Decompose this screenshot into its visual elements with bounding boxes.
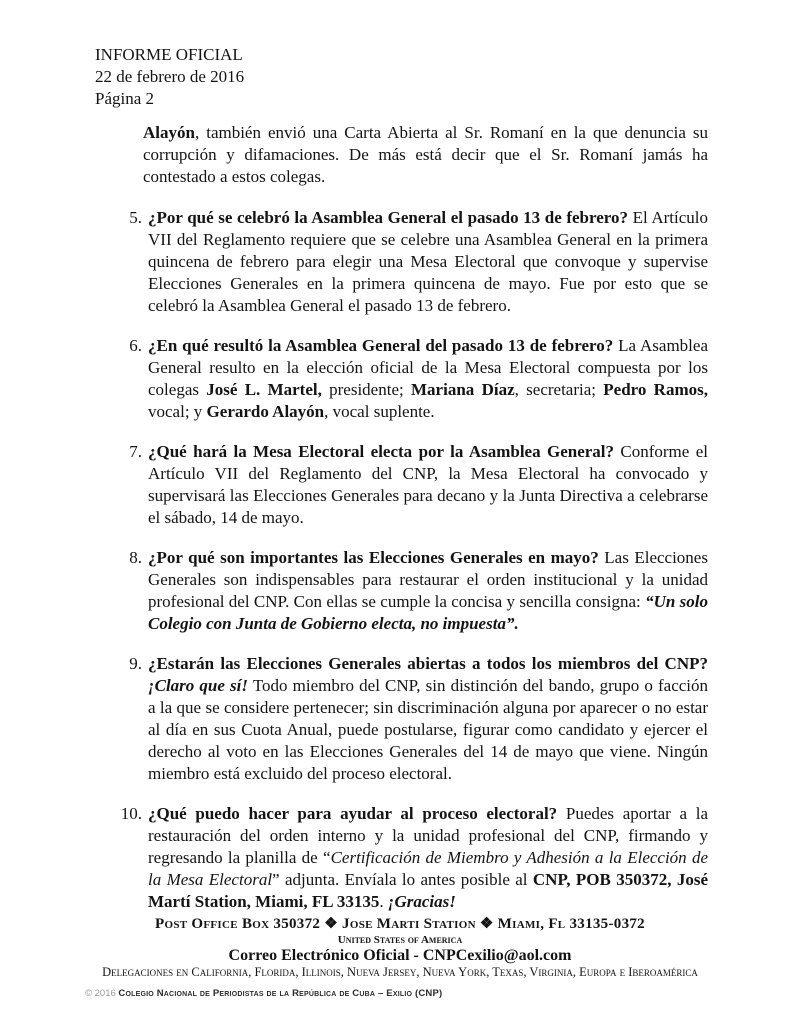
item-text: ¿Por qué son importantes las Elecciones …	[148, 547, 708, 635]
item-text: ¿Por qué se celebró la Asamblea General …	[148, 207, 708, 317]
copyright-organization: Colegio Nacional de Periodistas de la Re…	[118, 988, 442, 999]
item-number: 7.	[95, 441, 142, 463]
item-text: ¿Estarán las Elecciones Generales abiert…	[148, 653, 708, 785]
footer-delegations: Delegaciones en California, Florida, Ill…	[0, 965, 800, 980]
footer-country: United States of America	[0, 934, 800, 947]
copyright-year: © 2016	[85, 988, 116, 999]
footer-address: Post Office Box 350372 ❖ Jose Marti Stat…	[0, 915, 800, 934]
footer-official-email: Correo Electrónico Oficial - CNPCexilio@…	[0, 947, 800, 965]
item-number: 8.	[95, 547, 142, 569]
document-footer: Post Office Box 350372 ❖ Jose Marti Stat…	[0, 915, 800, 999]
list-item-8: 8. ¿Por qué son importantes las Eleccion…	[95, 547, 708, 635]
item-text: ¿Qué hará la Mesa Electoral electa por l…	[148, 441, 708, 529]
page-number: Página 2	[95, 88, 708, 110]
item-number: 6.	[95, 335, 142, 357]
footer-copyright: © 2016 Colegio Nacional de Periodistas d…	[85, 988, 800, 999]
list-item-7: 7. ¿Qué hará la Mesa Electoral electa po…	[95, 441, 708, 529]
list-item-9: 9. ¿Estarán las Elecciones Generales abi…	[95, 653, 708, 785]
item-number: 5.	[95, 207, 142, 229]
report-date: 22 de febrero de 2016	[95, 66, 708, 88]
list-item-5: 5. ¿Por qué se celebró la Asamblea Gener…	[95, 207, 708, 317]
list-item-10: 10. ¿Qué puedo hacer para ayudar al proc…	[95, 803, 708, 913]
list-item-6: 6. ¿En qué resultó la Asamblea General d…	[95, 335, 708, 423]
document-page: INFORME OFICIAL 22 de febrero de 2016 Pá…	[0, 0, 800, 1035]
item-text: ¿En qué resultó la Asamblea General del …	[148, 335, 708, 423]
report-title: INFORME OFICIAL	[95, 44, 708, 66]
item-number: 9.	[95, 653, 142, 675]
intro-paragraph: Alayón, también envió una Carta Abierta …	[143, 122, 708, 188]
item-text: ¿Qué puedo hacer para ayudar al proceso …	[148, 803, 708, 913]
item-number: 10.	[95, 803, 142, 825]
document-header: INFORME OFICIAL 22 de febrero de 2016 Pá…	[95, 44, 708, 110]
document-body: Alayón, también envió una Carta Abierta …	[95, 122, 708, 913]
